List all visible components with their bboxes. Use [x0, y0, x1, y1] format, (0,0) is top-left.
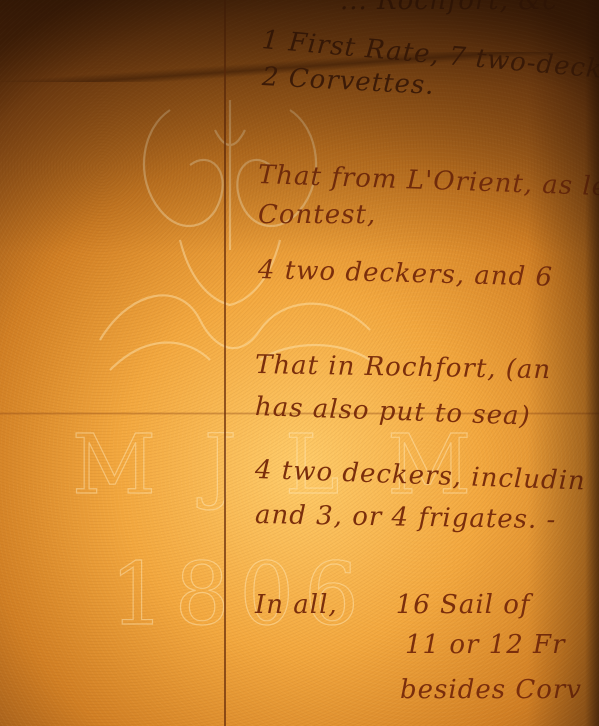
text-fragment: 16 Sail of [396, 590, 531, 620]
text-line: and 3, or 4 frigates. - [255, 500, 557, 535]
text-line: has also put to sea) [254, 392, 531, 432]
text-line: That from L'Orient, as le [257, 160, 599, 202]
text-line: 4 two deckers, and 6 [258, 255, 554, 293]
text-fragment: In all, [255, 590, 338, 620]
text-line: ... Rochfort, &c [340, 0, 558, 16]
page-edge-shadow [585, 0, 599, 726]
manuscript-page: MJLM 1806 ... Rochfort, &c 1 First Rate,… [0, 0, 599, 726]
margin-rule [224, 0, 226, 726]
text-line: That in Rochfort, (an [255, 350, 552, 385]
text-line: Contest, [258, 200, 376, 230]
text-line: In all,16 Sail of [255, 590, 531, 620]
text-line: 4 two deckers, includin [254, 455, 586, 497]
text-line: 11 or 12 Fr [405, 630, 566, 660]
text-line: besides Corv [400, 675, 582, 705]
